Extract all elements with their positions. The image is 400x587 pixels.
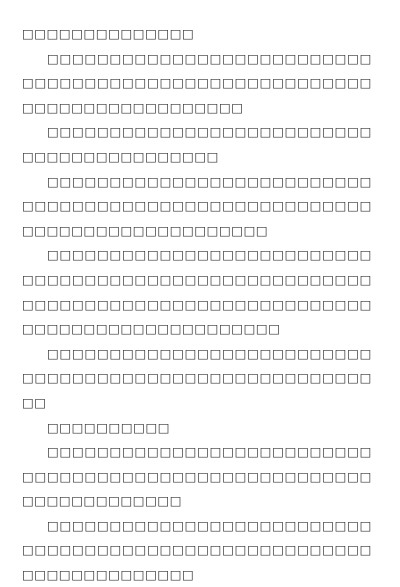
paragraph-redacted: □□□□□□□□□□□□□□□□□□□□□□□□□□□□□□□□□□□□□□□□… xyxy=(22,47,372,121)
paragraph-redacted: □□□□□□□□□□□□□□□□□□□□□□□□□□□□□□□□□□□□□□□□… xyxy=(22,170,372,244)
paragraph-redacted: □□□□□□□□□□□□□□ xyxy=(22,22,372,47)
page-text-block: □□□□□□□□□□□□□□□□□□□□□□□□□□□□□□□□□□□□□□□□… xyxy=(22,22,372,587)
paragraph-redacted: □□□□□□□□□□□□□□□□□□□□□□□□□□□□□□□□□□□□□□□□… xyxy=(22,342,372,416)
novel-page: □□□□□□□□□□□□□□□□□□□□□□□□□□□□□□□□□□□□□□□□… xyxy=(0,0,400,587)
paragraph-redacted: □□□□□□□□□□□□□□□□□□□□□□□□□□□□□□□□□□□□□□□□… xyxy=(22,120,372,169)
paragraph-redacted: □□□□□□□□□□□□□□□□□□□□□□□□□□□□□□□□□□□□□□□□… xyxy=(22,514,372,587)
paragraph-redacted: □□□□□□□□□□□□□□□□□□□□□□□□□□□□□□□□□□□□□□□□… xyxy=(22,243,372,341)
paragraph-redacted: □□□□□□□□□□ xyxy=(22,416,372,441)
paragraph-redacted: □□□□□□□□□□□□□□□□□□□□□□□□□□□□□□□□□□□□□□□□… xyxy=(22,440,372,514)
